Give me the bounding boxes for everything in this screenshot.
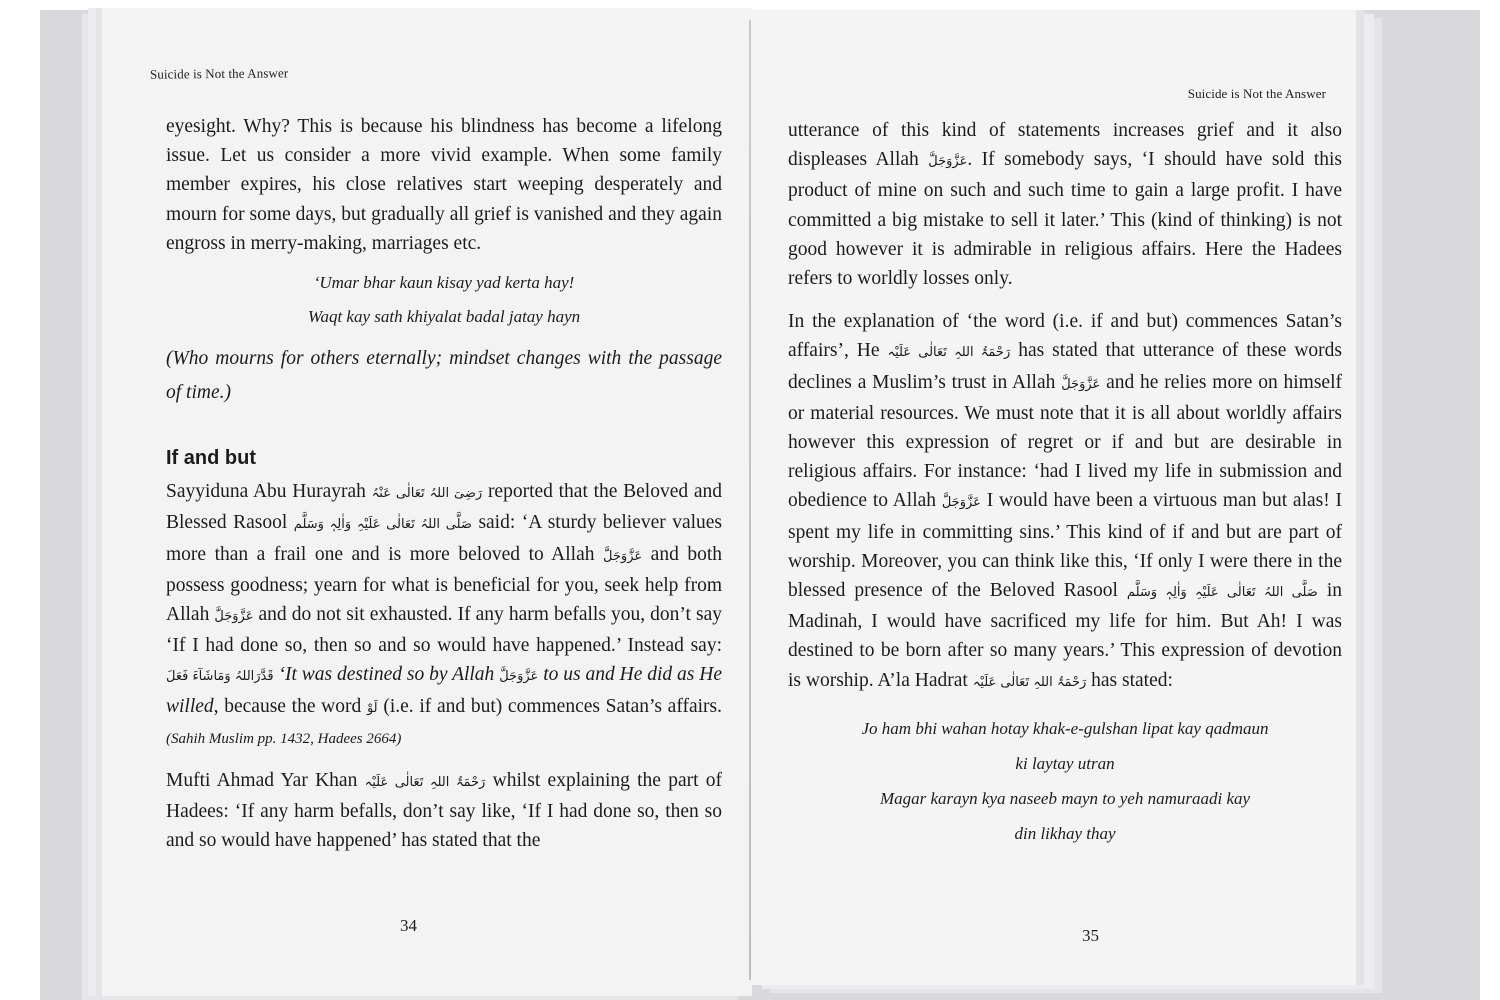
book-gutter bbox=[749, 20, 751, 980]
arabic-phrase: قَدَّرَاللہُ وَمَاشَآءَ فَعَلَ bbox=[166, 669, 274, 684]
paragraph: eyesight. Why? This is because his blind… bbox=[166, 112, 722, 258]
arabic-honorific: صَلَّی اللہُ تَعَالٰی عَلَیْہِ وَاٰلِہٖ … bbox=[294, 517, 472, 532]
paragraph: Mufti Ahmad Yar Khan رَحْمَۃُ اللہِ تَعَ… bbox=[166, 766, 722, 856]
running-head-right: Suicide is Not the Answer bbox=[1188, 86, 1326, 102]
paragraph: utterance of this kind of statements inc… bbox=[788, 116, 1342, 293]
citation: (Sahih Muslim pp. 1432, Hadees 2664) bbox=[166, 731, 401, 747]
paragraph: Sayyiduna Abu Hurayrah رَضِیَ اللہُ تَعَ… bbox=[166, 477, 722, 754]
arabic-honorific: عَزَّوَجَلَّ bbox=[603, 549, 642, 564]
running-head-left: Suicide is Not the Answer bbox=[150, 65, 288, 82]
arabic-honorific: صَلَّی اللہُ تَعَالٰی عَلَیْہِ وَاٰلِہٖ … bbox=[1127, 585, 1318, 600]
verse-line: Waqt kay sath khiyalat badal jatay hayn bbox=[166, 300, 722, 334]
arabic-honorific: عَزَّوَجَلَّ bbox=[214, 609, 253, 624]
verse-line: Magar karayn kya naseeb mayn to yeh namu… bbox=[788, 781, 1342, 816]
left-page: Suicide is Not the Answer eyesight. Why?… bbox=[96, 8, 752, 996]
right-page-body: utterance of this kind of statements inc… bbox=[788, 116, 1342, 851]
verse-block: ‘Umar bhar kaun kisay yad kerta hay! Waq… bbox=[166, 266, 722, 334]
arabic-word: لَوْ bbox=[367, 701, 378, 716]
left-page-body: eyesight. Why? This is because his blind… bbox=[166, 112, 722, 856]
verse-line: ki laytay utran bbox=[788, 746, 1342, 781]
arabic-honorific: رَضِیَ اللہُ تَعَالٰی عَنْہُ bbox=[372, 486, 483, 501]
right-page: Suicide is Not the Answer utterance of t… bbox=[752, 10, 1364, 985]
arabic-honorific: عَزَّوَجَلَّ bbox=[942, 495, 981, 510]
page-number: 35 bbox=[1082, 926, 1099, 946]
section-heading: If and but bbox=[166, 444, 722, 473]
verse-line: ‘Umar bhar kaun kisay yad kerta hay! bbox=[166, 266, 722, 300]
verse-block: Jo ham bhi wahan hotay khak-e-gulshan li… bbox=[788, 711, 1342, 851]
translation: (Who mourns for others eternally; mindse… bbox=[166, 342, 722, 410]
arabic-honorific: رَحْمَۃُ اللہِ تَعَالٰی عَلَیْہ bbox=[365, 775, 486, 790]
arabic-honorific: رَحْمَۃُ اللہِ تَعَالٰی عَلَیْہ bbox=[973, 675, 1087, 690]
verse-line: din likhay thay bbox=[788, 816, 1342, 851]
page-number: 34 bbox=[400, 916, 417, 936]
paragraph: In the explanation of ‘the word (i.e. if… bbox=[788, 307, 1342, 697]
arabic-honorific: عَزَّوَجَلَّ bbox=[1061, 377, 1100, 392]
arabic-honorific: عَزَّوَجَلَّ bbox=[499, 669, 538, 684]
arabic-honorific: رَحْمَۃُ اللہِ تَعَالٰی عَلَیْہ bbox=[887, 345, 1010, 360]
verse-line: Jo ham bhi wahan hotay khak-e-gulshan li… bbox=[788, 711, 1342, 746]
arabic-honorific: عَزَّوَجَلَّ bbox=[928, 154, 967, 169]
